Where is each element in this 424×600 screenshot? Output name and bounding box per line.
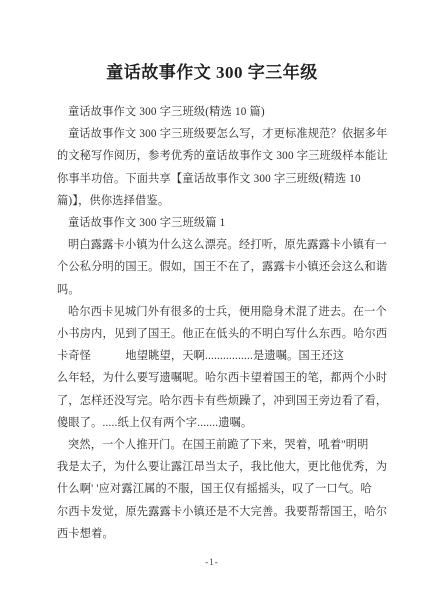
text-line: 尔西卡发觉，原先露露卡小镇还是不大完善。我要帮帮国王，哈尔 (57, 501, 367, 523)
text-line: 哈尔西卡见城门外有很多的士兵，便用隐身术混了进去。在一个 (57, 301, 367, 323)
text-line: 卡奇怪 地望眺望，天啊................是遗嘱。国王还这 (57, 345, 367, 367)
text-line: 的文秘写作阅历，参考优秀的童话故事作文 300 字三班级样本能让 (57, 145, 367, 167)
text-line: 傻眼了。.....纸上仅有两个字.......遗嘱。 (57, 412, 367, 434)
text-line: 小书房内，见到了国王。他正在低头的不明白写什么东西。哈尔西 (57, 323, 367, 345)
text-line: 童话故事作文 300 字三班级要怎么写，才更标准规范？依据多年 (57, 123, 367, 145)
text-line: 我是太子，为什么要让露江昂当太子，我比他大，更比他优秀，为 (57, 456, 367, 478)
text-line: 突然，一个人推开门。在国王前跪了下来，哭着，吼着''明明 (57, 434, 367, 456)
text-line: 么年轻，为什么要写遗嘱呢。哈尔西卡望着国王的笔，都两个小时 (57, 367, 367, 389)
text-line: 吗。 (57, 279, 367, 301)
document-page: 童话故事作文 300 字三年级 童话故事作文 300 字三班级(精选 10 篇)… (0, 0, 424, 600)
text-line: 篇)】，供你选择借鉴。 (57, 190, 367, 212)
text-line: 什么啊' '应对露江属的不服，国王仅有摇摇头，叹了一口气。哈 (57, 478, 367, 500)
text-line: 明白露露卡小镇为什么这么漂亮。经打听，原先露露卡小镇有一 (57, 234, 367, 256)
document-body: 童话故事作文 300 字三班级(精选 10 篇)童话故事作文 300 字三班级要… (57, 101, 367, 545)
page-number: -1- (0, 557, 424, 567)
text-line: 了，怎样还没写完。哈尔西卡有些烦躁了，冲到国王旁边看了看， (57, 390, 367, 412)
text-line: 童话故事作文 300 字三班级(精选 10 篇) (57, 101, 367, 123)
document-title: 童话故事作文 300 字三年级 (0, 0, 424, 84)
text-line: 个公私分明的国王。假如，国王不在了，露露卡小镇还会这么和谐 (57, 256, 367, 278)
text-line: 西卡想着。 (57, 523, 367, 545)
text-line: 童话故事作文 300 字三班级篇 1 (57, 212, 367, 234)
text-line: 你事半功倍。下面共享【童话故事作文 300 字三班级(精选 10 (57, 168, 367, 190)
